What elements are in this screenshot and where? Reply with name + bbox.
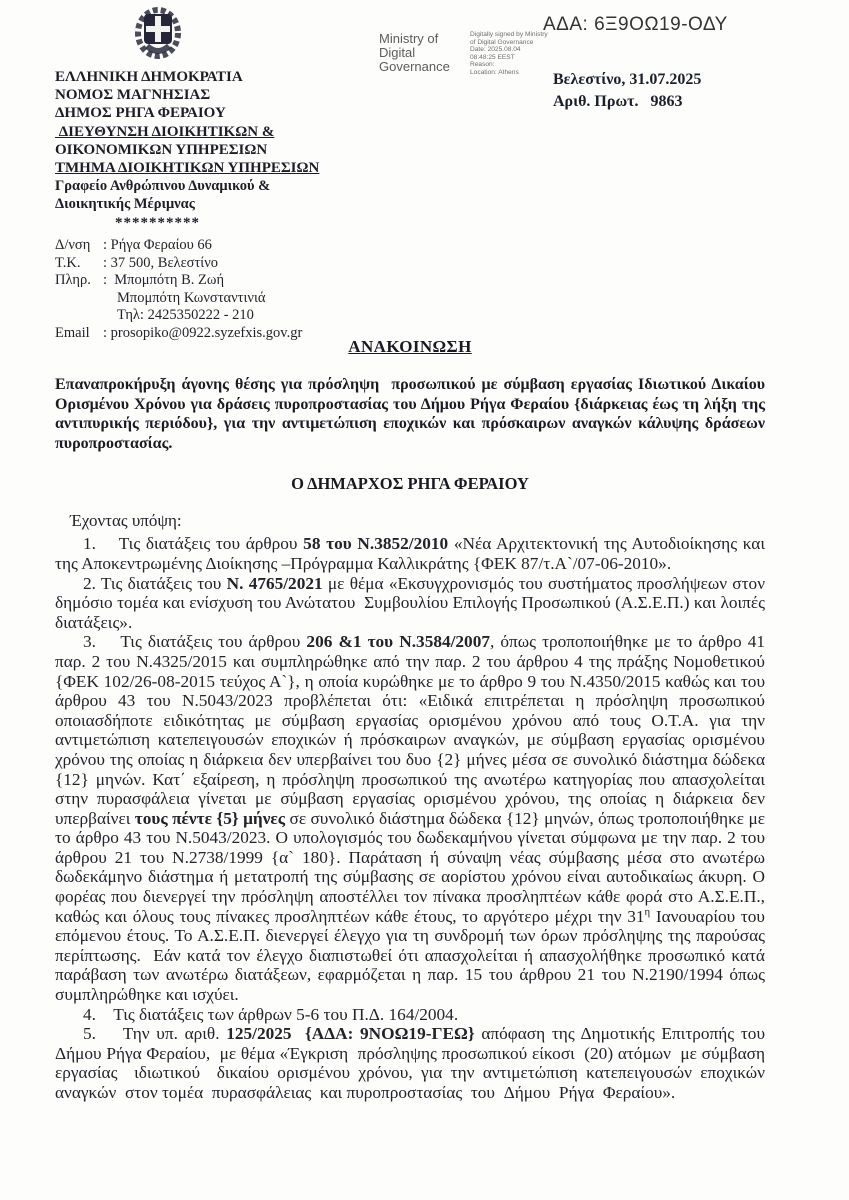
bold-segment: 125/2025 {ΑΔΑ: 9ΝΟΩ19-ΓΕΩ} [226, 1024, 474, 1043]
text-segment: 3. Τις διατάξεις του άρθρου [83, 632, 306, 651]
org-line: ΟΙΚΟΝΟΜΙΚΩΝ ΥΠΗΡΕΣΙΩΝ [55, 141, 375, 159]
bottom-crop-mask [0, 1150, 849, 1200]
numbered-item: 5. Την υπ. αριθ. 125/2025 {ΑΔΑ: 9ΝΟΩ19-Γ… [55, 1024, 765, 1102]
separator-stars: ********** [55, 214, 375, 232]
place-date: Βελεστίνο, 31.07.2025 [553, 69, 701, 91]
contact-row: Πληρ.: Μπομπότη Β. Ζωή [55, 272, 395, 290]
bold-segment: 58 του Ν.3852/2010 [303, 534, 448, 553]
contact-block: Δ/νση: Ρήγα Φεραίου 66Τ.Κ.: 37 500, Βελε… [55, 237, 395, 343]
document-page: Ministry ofDigitalGovernance Digitally s… [0, 0, 849, 1200]
bold-segment: Ν. 4765/2021 [227, 574, 323, 593]
numbered-item: 4. Τις διατάξεις των άρθρων 5-6 του Π.Δ.… [55, 1005, 765, 1025]
signature-detail-line: of Digital Governance [470, 39, 580, 47]
signature-detail-line: Reason: [470, 61, 580, 69]
contact-row: Μπομπότη Κωνσταντινιά [55, 290, 395, 308]
protocol-number: Αριθ. Πρωτ. 9863 [553, 91, 701, 113]
text-segment: 2. Τις διατάξεις του [83, 574, 227, 593]
org-line: ΔΗΜΟΣ ΡΗΓΑ ΦΕΡΑΙΟΥ [55, 104, 375, 122]
ministry-name-line: Digital [379, 46, 474, 60]
org-line: ΕΛΛΗΝΙΚΗ ΔΗΜΟΚΡΑΤΙΑ [55, 68, 375, 86]
date-protocol-block: Βελεστίνο, 31.07.2025 Αριθ. Πρωτ. 9863 [553, 69, 701, 113]
ada-code: ΑΔΑ: 6Ξ9ΟΩ19-ΟΔΥ [543, 14, 728, 36]
org-line: Γραφείο Ανθρώπινου Δυναμικού & [55, 177, 375, 195]
document-body: ΑΝΑΚΟΙΝΩΣΗ Επαναπροκήρυξη άγονης θέσης γ… [55, 337, 765, 1103]
ministry-name-line: Ministry of [379, 32, 474, 46]
having-regard: Έχοντας υπόψη: [55, 511, 765, 531]
signature-detail-line: 08:48:25 EEST [470, 54, 580, 62]
organization-lines: ΕΛΛΗΝΙΚΗ ΔΗΜΟΚΡΑΤΙΑΝΟΜΟΣ ΜΑΓΝΗΣΙΑΣΔΗΜΟΣ … [55, 68, 375, 214]
announcement-intro: Επαναπροκήρυξη άγονης θέσης για πρόσληψη… [55, 375, 765, 453]
numbered-item: 3. Τις διατάξεις του άρθρου 206 &1 του Ν… [55, 632, 765, 1004]
contact-value: : Ρήγα Φεραίου 66 [103, 237, 395, 255]
numbered-item: 2. Τις διατάξεις του Ν. 4765/2021 με θέμ… [55, 574, 765, 633]
contact-row: Τηλ: 2425350222 - 210 [55, 307, 395, 325]
contact-row: Τ.Κ.: 37 500, Βελεστίνο [55, 255, 395, 273]
contact-label: Πληρ. [55, 272, 103, 290]
ministry-signature-name: Ministry ofDigitalGovernance [379, 32, 474, 74]
contact-row: Δ/νση: Ρήγα Φεραίου 66 [55, 237, 395, 255]
ministry-name-line: Governance [379, 60, 474, 74]
numbered-items: 1. Τις διατάξεις του άρθρου 58 του Ν.385… [55, 534, 765, 1102]
org-line: ΝΟΜΟΣ ΜΑΓΝΗΣΙΑΣ [55, 86, 375, 104]
org-line: ΤΜΗΜΑ ΔΙΟΙΚΗΤΙΚΩΝ ΥΠΗΡΕΣΙΩΝ [55, 159, 375, 177]
contact-value: : 37 500, Βελεστίνο [103, 255, 395, 273]
contact-label: Τ.Κ. [55, 255, 103, 273]
contact-value: Τηλ: 2425350222 - 210 [117, 307, 395, 325]
announcement-title: ΑΝΑΚΟΙΝΩΣΗ [55, 337, 765, 357]
text-segment: , όπως τροποποιήθηκε με το άρθρο 41 παρ.… [55, 632, 765, 827]
contact-value: Μπομπότη Κωνσταντινιά [117, 290, 395, 308]
org-line: ΔΙΕΥΘΥΝΣΗ ΔΙΟΙΚΗΤΙΚΩΝ & [55, 123, 375, 141]
organization-block: ΕΛΛΗΝΙΚΗ ΔΗΜΟΚΡΑΤΙΑΝΟΜΟΣ ΜΑΓΝΗΣΙΑΣΔΗΜΟΣ … [55, 68, 375, 232]
org-line: Διοικητικής Μέριμνας [55, 195, 375, 213]
text-segment: 4. Τις διατάξεις των άρθρων 5-6 του Π.Δ.… [83, 1005, 458, 1024]
contact-value: : Μπομπότη Β. Ζωή [103, 272, 395, 290]
bold-segment: τους πέντε {5} μήνες [135, 809, 285, 828]
greek-coat-of-arms-icon [129, 6, 187, 63]
contact-label: Δ/νση [55, 237, 103, 255]
signature-detail-line: Date: 2025.08.04 [470, 46, 580, 54]
bold-segment: 206 &1 του Ν.3584/2007 [306, 632, 490, 651]
mayor-heading: Ο ΔΗΜΑΡΧΟΣ ΡΗΓΑ ΦΕΡΑΙΟΥ [55, 474, 765, 494]
text-segment: 1. Τις διατάξεις του άρθρου [83, 534, 303, 553]
numbered-item: 1. Τις διατάξεις του άρθρου 58 του Ν.385… [55, 534, 765, 573]
text-segment: 5. Την υπ. αριθ. [83, 1024, 226, 1043]
